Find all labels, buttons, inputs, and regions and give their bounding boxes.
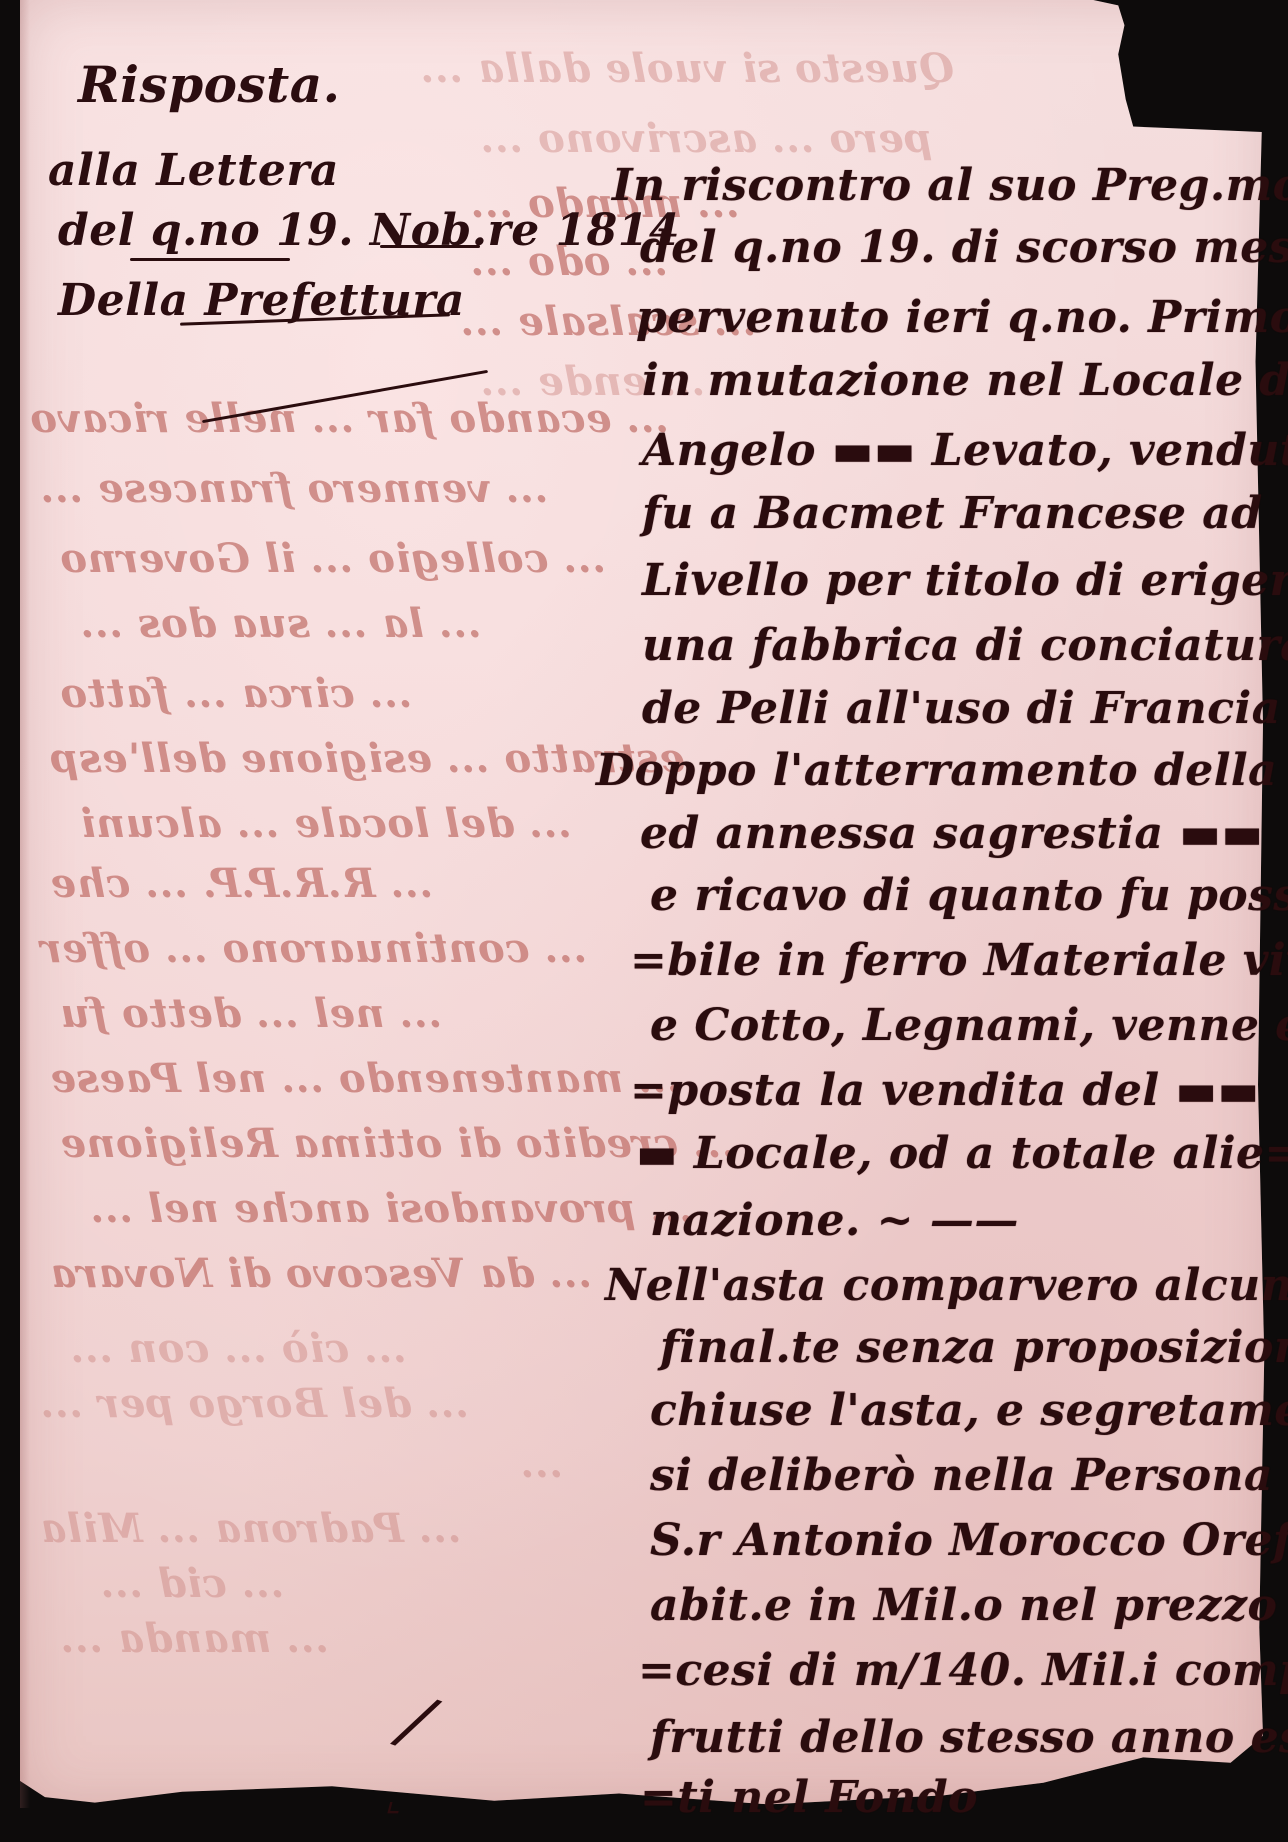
bleed-line: ... bbox=[520, 1440, 563, 1487]
body-line: fu a Bacmet Francese ad bbox=[642, 488, 1263, 539]
body-line: ed annessa sagrestia ▬▬ bbox=[640, 808, 1263, 859]
body-line: =ti nel Fondo bbox=[640, 1772, 978, 1823]
body-line: Doppo l'atterramento della chiesa bbox=[596, 745, 1288, 796]
heading-prefettura: Della Prefettura bbox=[58, 275, 465, 326]
body-line: in mutazione nel Locale di S.t bbox=[642, 355, 1288, 406]
bleed-line: ... la ... sua dos ... bbox=[80, 600, 482, 647]
scan-canvas: Questo si vuole dalla ... pero ... ascri… bbox=[0, 0, 1288, 1842]
bleed-line: ... del Borgo per ... bbox=[40, 1380, 469, 1427]
heading-alla-lettera: alla Lettera bbox=[48, 145, 339, 196]
date-underline bbox=[130, 258, 290, 261]
year-underline bbox=[380, 245, 480, 248]
bleed-line: ... manda ... bbox=[60, 1615, 329, 1662]
margin-hook-mark: ⌞ bbox=[385, 1780, 401, 1820]
body-line: S.r Antonio Morocco Orefice bbox=[650, 1515, 1288, 1566]
bleed-line: ... circa ... fatto bbox=[60, 670, 413, 717]
body-line: Livello per titolo di erigere bbox=[642, 555, 1288, 606]
bleed-line: ... credito di ottima Religione bbox=[60, 1120, 736, 1167]
body-line: final.te senza proposizione si bbox=[660, 1322, 1288, 1373]
body-line: =cesi di m/140. Mil.i compresi li bbox=[638, 1645, 1288, 1696]
body-line: e ricavo di quanto fu possi= bbox=[650, 870, 1288, 921]
bleed-line: ... mantenendo ... nel Paese bbox=[50, 1055, 681, 1102]
bleed-line: ... nel ... detto fu bbox=[60, 990, 442, 1037]
body-line: si deliberò nella Persona del bbox=[650, 1450, 1288, 1501]
bleed-line: ... vennero francese ... bbox=[40, 465, 548, 512]
bleed-line: ... Padrona ... Mila bbox=[40, 1505, 462, 1552]
body-line: nazione. ~ —— bbox=[650, 1195, 1019, 1246]
bleed-line: pero ... ascrivono ... bbox=[480, 115, 932, 162]
body-line: abit.e in Mil.o nel prezzo di= bbox=[650, 1580, 1288, 1631]
bleed-line: ... provandosi anche nel ... bbox=[90, 1185, 693, 1232]
body-line: del q.no 19. di scorso mese solo bbox=[640, 222, 1288, 273]
body-line: In riscontro al suo Preg.mo di data bbox=[612, 160, 1288, 211]
heading-risposta: Risposta. bbox=[78, 55, 341, 114]
bleed-line: ... collegio ... il Governo bbox=[60, 535, 606, 582]
body-line: =bile in ferro Materiale vivo, bbox=[630, 935, 1288, 986]
bleed-line: Questo si vuole dalla ... bbox=[420, 45, 955, 92]
paper-edge-shadow bbox=[20, 0, 30, 1808]
body-line: de Pelli all'uso di Francia bbox=[642, 683, 1281, 734]
body-line: Angelo ▬▬ Levato, venduto bbox=[642, 425, 1288, 476]
bleed-line: ... del locale ... alcuni bbox=[80, 800, 572, 847]
bleed-line: ... cid ... bbox=[100, 1560, 284, 1607]
bleed-line: ... ecando far ... nelle ricavo bbox=[30, 395, 669, 442]
body-line: una fabbrica di conciatura bbox=[642, 620, 1288, 671]
body-line: e Cotto, Legnami, venne es= bbox=[650, 1000, 1288, 1051]
bleed-line: ... ciò ... con ... bbox=[70, 1325, 407, 1372]
bleed-line: ... da Vescovo di Novara bbox=[50, 1250, 592, 1297]
body-line: pervenuto ieri q.no. Primo quale bbox=[636, 292, 1288, 343]
bleed-line: ... R.R.P.P. ... che bbox=[50, 860, 433, 907]
heading-date: del q.no 19. Nob.re 1814 bbox=[58, 205, 680, 256]
body-line: ▬ Locale, od a totale alie= bbox=[636, 1128, 1288, 1179]
body-line: =posta la vendita del ▬▬ bbox=[630, 1065, 1260, 1116]
body-line: Nell'asta comparvero alcuni, bbox=[605, 1260, 1288, 1311]
body-line: chiuse l'asta, e segretamente bbox=[650, 1385, 1288, 1436]
bleed-line: ... continuarono ... offer bbox=[40, 925, 587, 972]
body-line: frutti dello stesso anno esisten= bbox=[650, 1712, 1288, 1763]
